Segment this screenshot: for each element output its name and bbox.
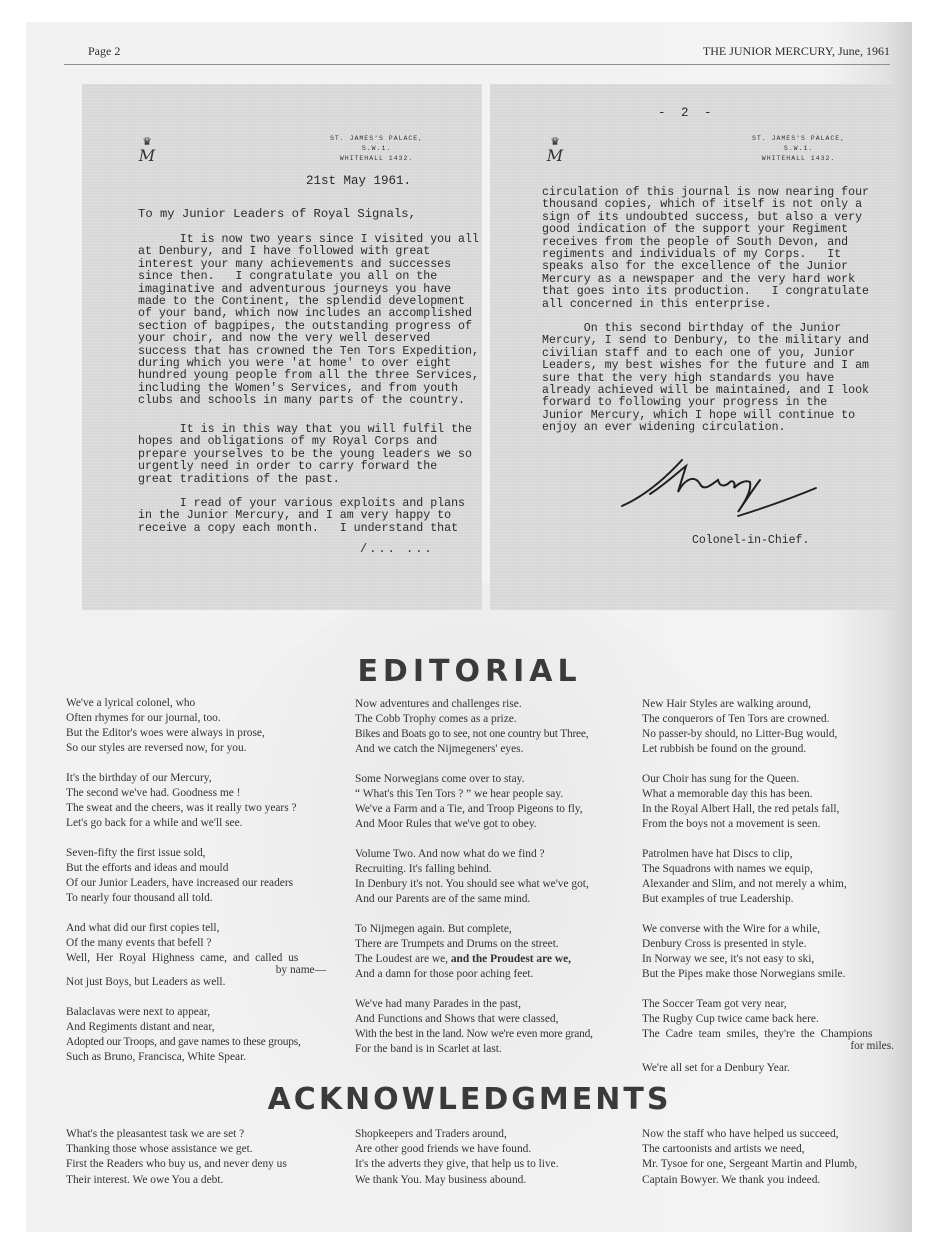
poem-stanza: Volume Two. And now what do we find ? Re… [355,847,623,907]
letter-paragraph: circulation of this journal is now neari… [542,187,869,311]
poem-line: In Denbury it's not. You should see what… [355,877,623,892]
poem-line: We thank You. May business abound. [355,1173,623,1188]
poem-line: And what did our first copies tell, [66,921,332,936]
poem-line: For the band is in Scarlet at last. [355,1042,623,1057]
poem-line: And Functions and Shows that were classe… [355,1012,623,1027]
letter-page-number: - 2 - [658,106,716,120]
poem-line: And Regiments distant and near, [66,1020,332,1035]
poem-stanza: Our Choir has sung for the Queen. What a… [642,772,900,832]
poem-line: The Cobb Trophy comes as a prize. [355,712,623,727]
acknowledgments-column-3: Now the staff who have helped us succeed… [642,1127,900,1188]
poem-line: What a memorable day this has been. [642,787,900,802]
letter-paragraph: I read of your various exploits and plan… [138,498,465,535]
poem-stanza: To Nijmegen again. But complete, There a… [355,922,623,982]
poem-line: First the Readers who buy us, and never … [66,1157,332,1172]
poem-line: Not just Boys, but Leaders as well. [66,975,332,990]
poem-line: Volume Two. And now what do we find ? [355,847,623,862]
page-number: Page 2 [88,44,120,59]
poem-line: We've a lyrical colonel, who [66,696,332,711]
poem-stanza: And what did our first copies tell, Of t… [66,921,332,990]
poem-line: But the Editor's woes were always in pro… [66,726,332,741]
poem-line: Of the many events that befell ? [66,936,332,951]
poem-line-continuation: by name— [66,966,332,975]
poem-line: No passer-by should, no Litter-Bug would… [642,727,900,742]
poem-line: And a damn for those poor aching feet. [355,967,623,982]
poem-stanza: It's the birthday of our Mercury, The se… [66,771,332,831]
poem-line: The conquerors of Ten Tors are crowned. [642,712,900,727]
poem-line: “ What's this Ten Tors ? ” we hear peopl… [355,787,623,802]
poem-line: So our styles are reversed now, for you. [66,741,332,756]
letterhead-line: WHITEHALL 1432. [752,154,845,164]
poem-line: There are Trumpets and Drums on the stre… [355,937,623,952]
poem-line: Let rubbish be found on the ground. [642,742,900,757]
poem-line: The Soccer Team got very near, [642,997,900,1012]
poem-line: And Moor Rules that we've got to obey. [355,817,623,832]
poem-line: It's the adverts they give, that help us… [355,1157,623,1172]
poem-stanza: Patrolmen have hat Discs to clip, The Sq… [642,847,900,907]
poem-line: The cartoonists and artists we need, [642,1142,900,1157]
poem-line-continuation: for miles. [642,1042,900,1051]
poem-line: Patrolmen have hat Discs to clip, [642,847,900,862]
poem-line: Recruiting. It's falling behind. [355,862,623,877]
poem-line: Adopted our Troops, and gave names to th… [66,1035,332,1050]
poem-line: The Loudest are we, and the Proudest are… [355,952,623,967]
editorial-column-3: New Hair Styles are walking around, The … [642,697,900,1091]
poem-line: Let's go back for a while and we'll see. [66,816,332,831]
poem-stanza: Seven-fifty the first issue sold, But th… [66,846,332,906]
letter-page-1: ♛ M ST. JAMES'S PALACE, S.W.1. WHITEHALL… [82,84,482,610]
poem-line: We converse with the Wire for a while, [642,922,900,937]
letterhead-line: WHITEHALL 1432. [330,154,423,164]
signoff-title: Colonel-in-Chief. [692,534,809,547]
poem-line: In the Royal Albert Hall, the red petals… [642,802,900,817]
continuation-mark: /... ... [360,542,434,556]
cipher-monogram: M [542,148,568,164]
poem-line: With the best in the land. Now we're eve… [355,1027,623,1042]
royal-cipher-icon: ♛ M [542,136,568,168]
poem-line: Balaclavas were next to appear, [66,1005,332,1020]
letterhead-line: ST. JAMES'S PALACE, [752,134,845,144]
publication-title: THE JUNIOR MERCURY, June, 1961 [703,44,890,59]
poem-line: We've had many Parades in the past, [355,997,623,1012]
poem-stanza: The Soccer Team got very near, The Rugby… [642,997,900,1051]
signature-mary [620,454,820,524]
poem-line: Seven-fifty the first issue sold, [66,846,332,861]
poem-line: In Norway we see, it's not easy to ski, [642,952,900,967]
poem-line: Of our Junior Leaders, have increased ou… [66,876,332,891]
poem-line: What's the pleasantest task we are set ? [66,1127,332,1142]
poem-line: Their interest. We owe You a debt. [66,1173,332,1188]
poem-line: The Squadrons with names we equip, [642,862,900,877]
letter-paragraph: It is in this way that you will fulfil t… [138,424,472,486]
poem-line: Captain Bowyer. We thank you indeed. [642,1173,900,1188]
poem-line: Such as Bruno, Francisca, White Spear. [66,1050,332,1065]
poem-line: And our Parents are of the same mind. [355,892,623,907]
poem-line: To nearly four thousand all told. [66,891,332,906]
poem-stanza: Balaclavas were next to appear, And Regi… [66,1005,332,1065]
poem-line: Are other good friends we have found. [355,1142,623,1157]
emphasized-text: and the Proudest are we, [451,953,571,965]
poem-line: Thanking those whose assistance we get. [66,1142,332,1157]
poem-stanza: We've a lyrical colonel, who Often rhyme… [66,696,332,756]
poem-line: Mr. Tysoe for one, Sergeant Martin and P… [642,1157,900,1172]
letter-paragraph: It is now two years since I visited you … [138,234,479,408]
poem-line: Denbury Cross is presented in style. [642,937,900,952]
poem-stanza: Some Norwegians come over to stay. “ Wha… [355,772,623,832]
letter-paragraph: On this second birthday of the Junior Me… [542,323,869,435]
poem-line: And we catch the Nijmegeners' eyes. [355,742,623,757]
poem-stanza: We're all set for a Denbury Year. [642,1061,900,1076]
poem-stanza: We converse with the Wire for a while, D… [642,922,900,982]
letterhead-address: ST. JAMES'S PALACE, S.W.1. WHITEHALL 143… [330,134,423,164]
poem-line: Now the staff who have helped us succeed… [642,1127,900,1142]
poem-line: To Nijmegen again. But complete, [355,922,623,937]
poem-line: It's the birthday of our Mercury, [66,771,332,786]
poem-line: The second we've had. Goodness me ! [66,786,332,801]
poem-line: The Rugby Cup twice came back here. [642,1012,900,1027]
editorial-column-2: Now adventures and challenges rise. The … [355,697,623,1071]
poem-line: New Hair Styles are walking around, [642,697,900,712]
poem-line: We're all set for a Denbury Year. [642,1061,900,1076]
poem-line: But examples of true Leadership. [642,892,900,907]
poem-line: Often rhymes for our journal, too. [66,711,332,726]
poem-line: The sweat and the cheers, was it really … [66,801,332,816]
acknowledgments-column-1: What's the pleasantest task we are set ?… [66,1127,332,1188]
letter-salutation: To my Junior Leaders of Royal Signals, [138,207,416,221]
letterhead-address: ST. JAMES'S PALACE, S.W.1. WHITEHALL 143… [752,134,845,164]
letterhead-line: S.W.1. [330,144,423,154]
poem-stanza: We've had many Parades in the past, And … [355,997,623,1057]
acknowledgments-heading: ACKNOWLEDGMENTS [0,1082,939,1117]
poem-line: From the boys not a movement is seen. [642,817,900,832]
poem-line: Now adventures and challenges rise. [355,697,623,712]
editorial-heading: EDITORIAL [0,654,939,689]
letter-page-2: - 2 - ♛ M ST. JAMES'S PALACE, S.W.1. WHI… [490,84,894,610]
poem-line: Some Norwegians come over to stay. [355,772,623,787]
poem-line: But the Pipes make those Norwegians smil… [642,967,900,982]
poem-line: Shopkeepers and Traders around, [355,1127,623,1142]
poem-line: We've a Farm and a Tie, and Troop Pigeon… [355,802,623,817]
acknowledgments-column-2: Shopkeepers and Traders around, Are othe… [355,1127,623,1188]
letterhead-line: S.W.1. [752,144,845,154]
poem-stanza: Now adventures and challenges rise. The … [355,697,623,757]
page-header: Page 2 THE JUNIOR MERCURY, June, 1961 [64,42,890,65]
poem-stanza: New Hair Styles are walking around, The … [642,697,900,757]
letter-date: 21st May 1961. [306,174,411,188]
poem-line: Bikes and Boats go to see, not one count… [355,727,623,742]
letterhead-line: ST. JAMES'S PALACE, [330,134,423,144]
poem-line: Our Choir has sung for the Queen. [642,772,900,787]
royal-cipher-icon: ♛ M [134,136,160,168]
editorial-column-1: We've a lyrical colonel, who Often rhyme… [66,696,332,1079]
poem-line: Alexander and Slim, and not merely a whi… [642,877,900,892]
cipher-monogram: M [134,148,160,164]
poem-line: But the efforts and ideas and mould [66,861,332,876]
